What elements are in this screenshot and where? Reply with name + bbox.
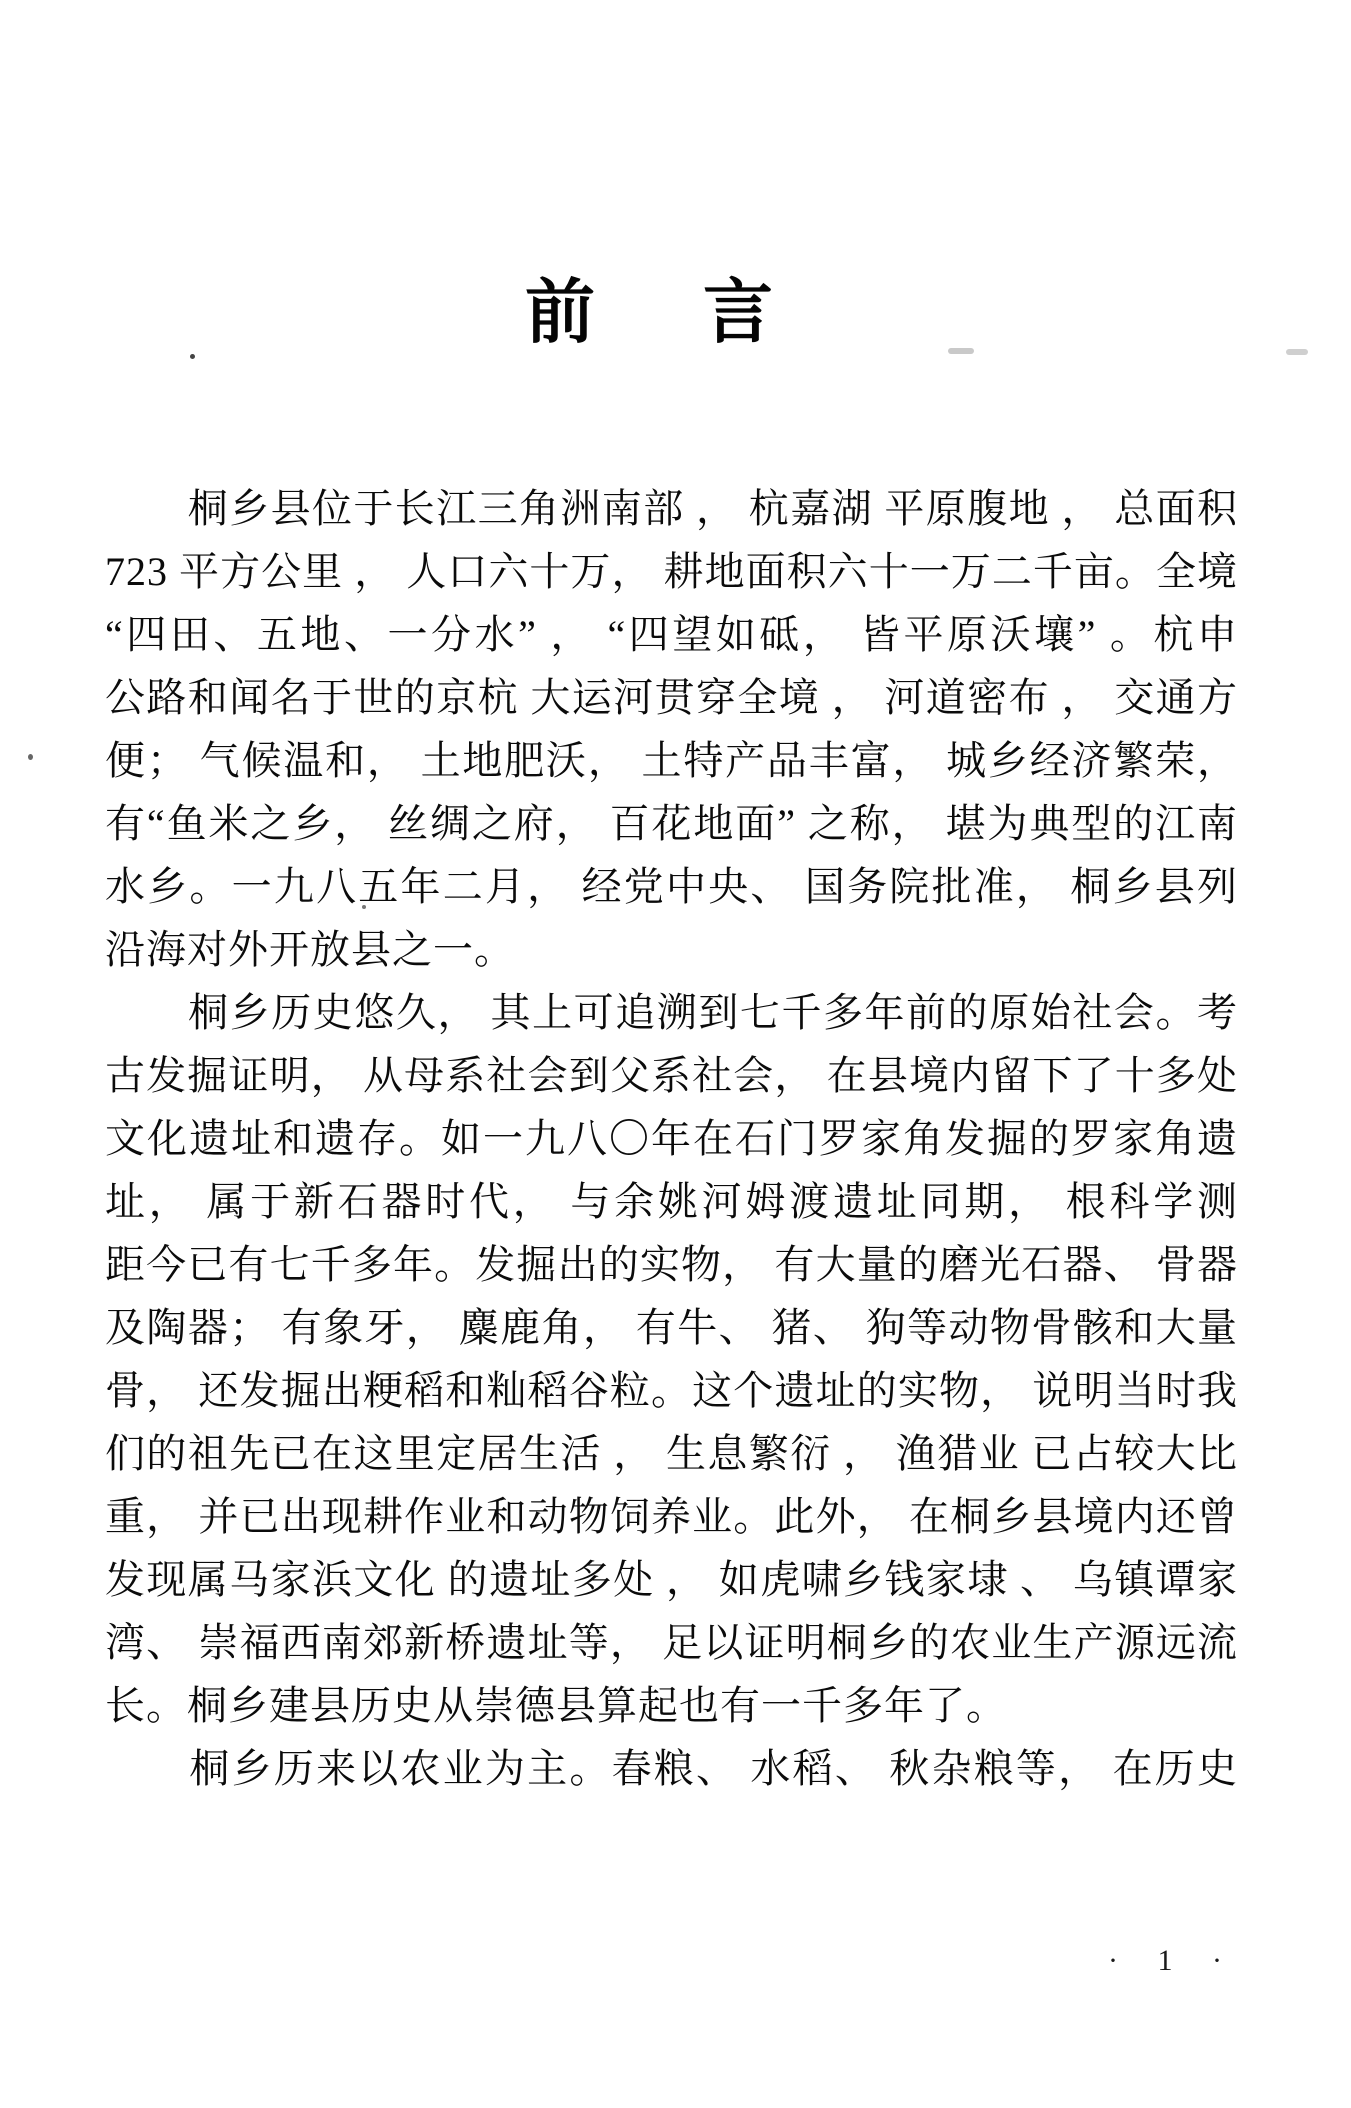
text-line: 桐乡历史悠久， 其上可追溯到七千多年前的原始社会。考 (105, 981, 1238, 1044)
text-line: 古发掘证明， 从母系社会到父系社会， 在县境内留下了十多处 (105, 1044, 1238, 1107)
text-line: 723 平方公里 ， 人口六十万， 耕地面积六十一万二千亩。全境 (105, 540, 1238, 603)
scan-speck (1286, 349, 1308, 355)
text-line: “四田、五地、一分水” ， “四望如砥， 皆平原沃壤” 。杭申 (105, 603, 1238, 666)
text-line: 距今已有七千多年。发掘出的实物， 有大量的磨光石器、 骨器 (105, 1233, 1238, 1296)
scan-speck (28, 754, 33, 760)
text-line: 湾、 崇福西南郊新桥遗址等， 足以证明桐乡的农业生产源远流 (105, 1611, 1238, 1674)
text-line: 有“鱼米之乡， 丝绸之府， 百花地面” 之称， 堪为典型的江南 (105, 792, 1238, 855)
text-line: 及陶器； 有象牙， 麋鹿角， 有牛、 猪、 狗等动物骨骸和大量鱼 (105, 1296, 1238, 1359)
scan-speck (362, 905, 366, 909)
page-number: · 1 · (1108, 1944, 1238, 1978)
text-line: 重， 并已出现耕作业和动物饲养业。此外， 在桐乡县境内还曾 (105, 1485, 1238, 1548)
text-line: 沿海对外开放县之一。 (105, 918, 1238, 981)
page-title-text: 前言 (525, 275, 881, 352)
text-line: 骨， 还发掘出粳稻和籼稻谷粒。这个遗址的实物， 说明当时我 (105, 1359, 1238, 1422)
text-line: 桐乡县位于长江三角洲南部 ， 杭嘉湖 平原腹地 ， 总面积 (105, 477, 1238, 540)
body-text: 桐乡县位于长江三角洲南部 ， 杭嘉湖 平原腹地 ， 总面积 723 平方公里 ，… (105, 477, 1238, 1800)
text-line: 长。桐乡建县历史从崇德县算起也有一千多年了。 (105, 1674, 1238, 1737)
scan-speck (190, 354, 195, 359)
text-line: 公路和闻名于世的京杭 大运河贯穿全境 ， 河道密布 ， 交通方 (105, 666, 1238, 729)
text-line: 文化遗址和遗存。如一九八〇年在石门罗家角发掘的罗家角遗 (105, 1107, 1238, 1170)
text-line: 址， 属于新石器时代， 与余姚河姆渡遗址同期， 根科学测定， (105, 1170, 1238, 1233)
text-line: 发现属马家浜文化 的遗址多处 ， 如虎啸乡钱家埭 、 乌镇谭家 (105, 1548, 1238, 1611)
scan-speck (948, 348, 974, 354)
text-line: 水乡。一九八五年二月， 经党中央、 国务院批准， 桐乡县列为 (105, 855, 1238, 918)
page-title: 前言 (0, 272, 1351, 356)
text-line: 们的祖先已在这里定居生活 ， 生息繁衍 ， 渔猎业 已占较大比 (105, 1422, 1238, 1485)
scanned-book-page: 前言 桐乡县位于长江三角洲南部 ， 杭嘉湖 平原腹地 ， 总面积 723 平方公… (0, 0, 1351, 2108)
text-line: 桐乡历来以农业为主。春粮、 水稻、 秋杂粮等， 在历史上 (105, 1737, 1238, 1800)
text-line: 便； 气候温和， 土地肥沃， 土特产品丰富， 城乡经济繁荣， 素 (105, 729, 1238, 792)
